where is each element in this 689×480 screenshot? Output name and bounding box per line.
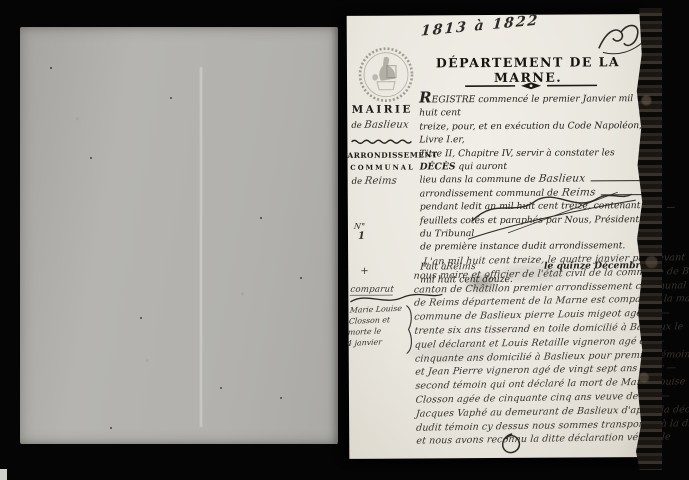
left-blank-page [20, 27, 338, 444]
president-signature-flourish [466, 186, 638, 243]
communal-label: COMMUNAL [348, 163, 418, 171]
title-ornament-rule [465, 80, 597, 91]
preamble-line-commune: lieu dans la commune de Baslieux [420, 173, 646, 188]
margin-note-comparut: + comparut [350, 266, 412, 296]
preamble-text: Titre II, Chapitre IV, servir à constate… [419, 147, 614, 159]
register-title-page: 1813 à 1822 DÉPARTEMENT DE LA MARNE. [347, 14, 646, 459]
margin-note-line: 4 janvier [347, 336, 404, 349]
scan-artifact [0, 469, 7, 480]
death-act-body: L'an mil huit cent treize, le quatre jan… [413, 253, 648, 450]
mairie-label: MAIRIE [347, 103, 417, 115]
preamble-line: treize, pour, et en exécution du Code Na… [419, 119, 645, 147]
wavy-divider [351, 139, 413, 145]
handwritten-mairie-commune: Baslieux [364, 120, 410, 131]
official-seal-icon [357, 45, 415, 107]
de-label: de [351, 121, 362, 131]
deces-caps: DÉCÈS [420, 161, 456, 172]
drop-cap: R [419, 88, 432, 106]
preamble-text: lieu dans la commune de [420, 173, 536, 187]
arrondissement-commune-line: de Reims [348, 175, 418, 186]
closing-paraph-flourish [497, 431, 525, 455]
act-number-label: N° [353, 222, 365, 231]
year-range-annotation: 1813 à 1822 [420, 12, 540, 39]
de-label: de [352, 177, 363, 187]
fill-rule [590, 181, 643, 182]
register-scan-viewport: 1813 à 1822 DÉPARTEMENT DE LA MARNE. [0, 0, 689, 480]
preamble-line: Titre II, Chapitre IV, servir à constate… [419, 146, 645, 174]
act-number-value: 1 [358, 231, 365, 242]
preamble-text: EGISTRE commencé le premier Janvier mil … [419, 93, 633, 119]
book-fore-edge [636, 8, 662, 470]
arrondissement-label: ARRONDISSEMENT [347, 150, 417, 159]
margin-note-deceased: Marie Louise Closson et morte le 4 janvi… [347, 303, 407, 349]
preamble-line: REGISTRE commencé le premier Janvier mil… [419, 91, 645, 120]
margin-admin-block: MAIRIE de Baslieux ARRONDISSEMENT COMMUN… [347, 103, 418, 186]
act-number: N° 1 [354, 222, 365, 242]
act-line: et nous avons reconnu la ditte déclarati… [416, 432, 649, 450]
handwritten-arr-commune: Reims [364, 176, 398, 187]
page-fold-line [200, 67, 202, 427]
handwritten-commune: Baslieux [538, 173, 586, 187]
paper-speckles [50, 67, 52, 69]
preamble-text: qui auront [455, 161, 507, 172]
fill-rule [667, 207, 675, 208]
plus-mark: + [360, 266, 412, 277]
mairie-commune-line: de Baslieux [347, 119, 417, 130]
margin-note-text: comparut [350, 285, 395, 296]
